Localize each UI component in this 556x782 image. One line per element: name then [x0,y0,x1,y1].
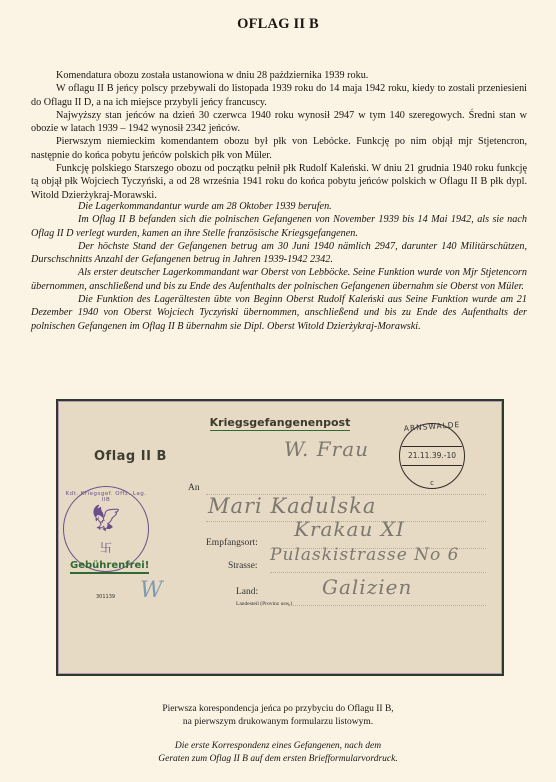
handwritten-region: Galizien [322,575,412,599]
postmark-stamp: ARNSWALDE 21.11.39.-10 c [399,423,465,489]
paragraph: Als erster deutscher Lagerkommandant war… [31,266,527,293]
paragraph: Im Oflag II B befanden sich die polnisch… [31,213,527,240]
caption-polish: Pierwsza korespondencja jeńca po przybyc… [0,703,556,728]
paragraph: Pierwszym niemieckim komendantem obozu b… [31,135,527,162]
caption-german: Die erste Korrespondenz eines Gefangenen… [0,740,556,765]
polish-history-text: Komendatura obozu została ustanowiona w … [31,69,527,202]
postmark-date: 21.11.39.-10 [402,446,462,466]
form-number: 301139 [96,594,115,600]
paragraph: Die Lagerkommandantur wurde am 28 Oktobe… [31,200,527,213]
seal-text: Kdt. Kriegsgef. Offz. Lag. IIB [64,491,148,503]
pow-envelope: Kriegsgefangenenpost Oflag II B ARNSWALD… [56,399,504,676]
handwritten-name: Mari Kadulska [208,494,376,518]
label-strasse: Strasse: [228,561,258,571]
label-landesteil: Landesteil (Provinz usw.) [236,601,292,607]
label-land: Land: [236,587,258,597]
censor-initials: W [140,578,163,603]
eagle-icon: 🦅︎ [64,505,148,533]
handwritten-street: Pulaskistrasse No 6 [270,545,459,565]
swastika-icon: 卐 [64,539,148,556]
address-line [270,572,486,573]
page-title: OFLAG II B [0,16,556,33]
sender-camp: Oflag II B [94,449,167,464]
german-history-text: Die Lagerkommandantur wurde am 28 Oktobe… [31,200,527,333]
postage-free-label: Gebührenfrei! [70,560,149,574]
handwritten-salutation: W. Frau [284,437,369,461]
address-line [288,605,486,606]
paragraph: Der höchste Stand der Gefangenen betrug … [31,240,527,267]
paragraph: Die Funktion des Lagerältesten übte von … [31,293,527,333]
label-an: An [188,483,200,493]
handwritten-city: Krakau XI [294,517,405,541]
paragraph: Komendatura obozu została ustanowiona w … [31,69,527,82]
paragraph: W oflagu II B jeńcy polscy przebywali do… [31,82,527,109]
paragraph: Najwyższy stan jeńców na dzień 30 czerwc… [31,109,527,136]
label-empfangsort: Empfangsort: [206,538,258,548]
postmark-letter: c [400,479,464,487]
paragraph: Funkcję polskiego Starszego obozu od poc… [31,162,527,202]
